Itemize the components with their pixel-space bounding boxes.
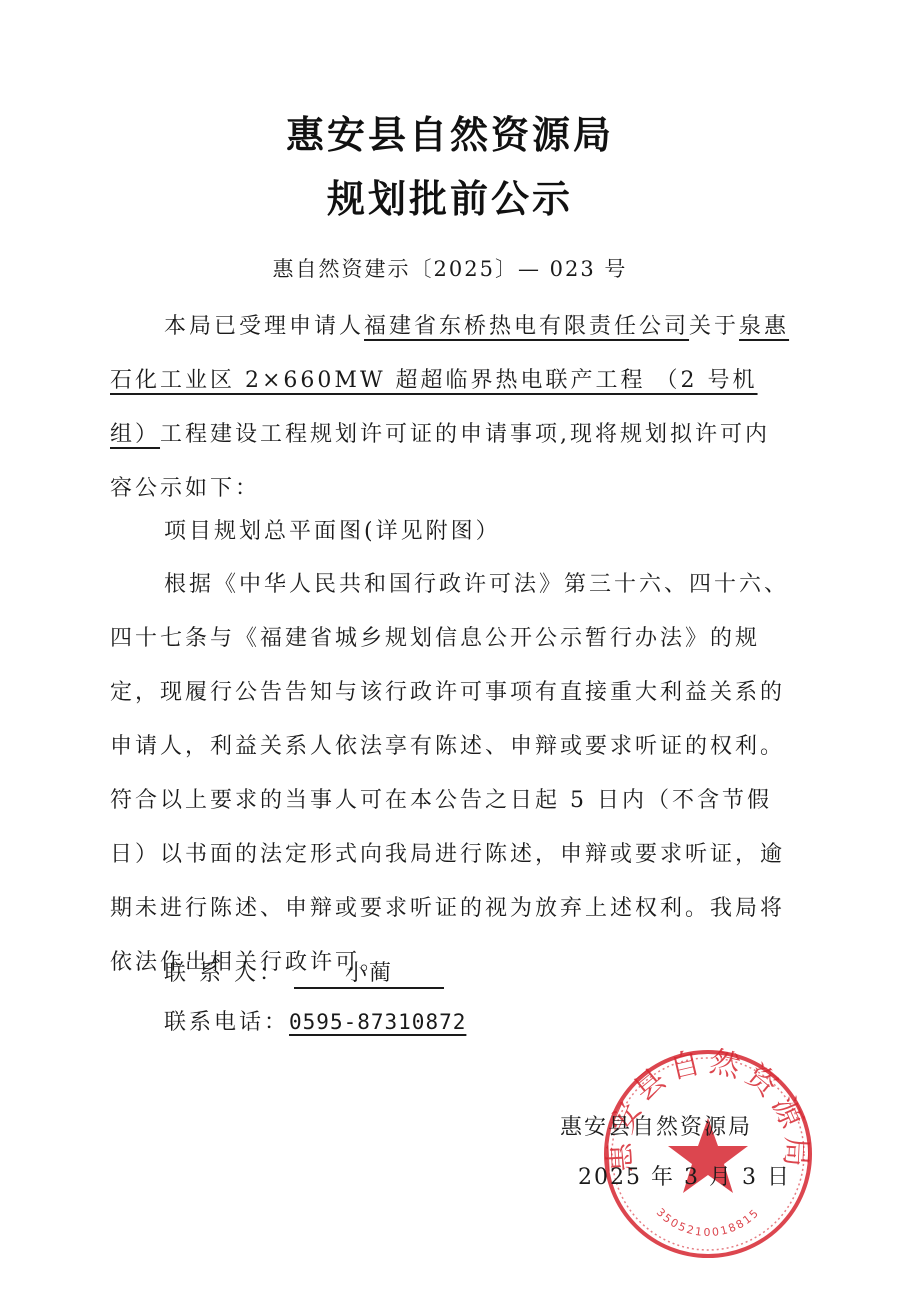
contact-phone-value: 0595-87310872 [289, 1010, 466, 1034]
official-seal-icon: 惠安县自然资源局 3505210018815 [602, 1048, 814, 1260]
contact-phone-label: 联系电话： [164, 1010, 289, 1035]
contact-person-label: 联 系 人： [164, 961, 284, 986]
paragraph-middle: 关于 [689, 314, 739, 339]
signature-org: 惠安县自然资源局 [560, 1110, 752, 1141]
paragraph-application: 本局已受理申请人福建省东桥热电有限责任公司关于泉惠石化工业区 2×660MW 超… [110, 300, 790, 516]
paragraph-prefix: 本局已受理申请人 [164, 314, 364, 339]
applicant-name: 福建省东桥热电有限责任公司 [364, 314, 689, 339]
page-title: 惠安县自然资源局 [0, 104, 900, 159]
page-subtitle: 规划批前公示 [0, 168, 900, 223]
document-number: 惠自然资建示〔2025〕— 023 号 [0, 253, 900, 283]
paragraph-suffix: 工程建设工程规划许可证的申请事项,现将规划拟许可内容公示如下： [110, 422, 770, 501]
paragraph-site-plan: 项目规划总平面图(详见附图） [164, 505, 784, 559]
contact-phone-row: 联系电话：0595-87310872 [164, 1005, 466, 1036]
notice-page: 惠安县自然资源局 规划批前公示 惠自然资建示〔2025〕— 023 号 本局已受… [0, 0, 900, 1297]
svg-text:3505210018815: 3505210018815 [654, 1206, 763, 1239]
paragraph-legal-basis: 根据《中华人民共和国行政许可法》第三十六、四十六、四十七条与《福建省城乡规划信息… [110, 558, 790, 990]
contact-person-row: 联 系 人： 小蔺 [164, 956, 444, 989]
signature-date: 2025 年 3 月 3 日 [578, 1160, 791, 1191]
contact-person-value: 小蔺 [294, 961, 444, 989]
